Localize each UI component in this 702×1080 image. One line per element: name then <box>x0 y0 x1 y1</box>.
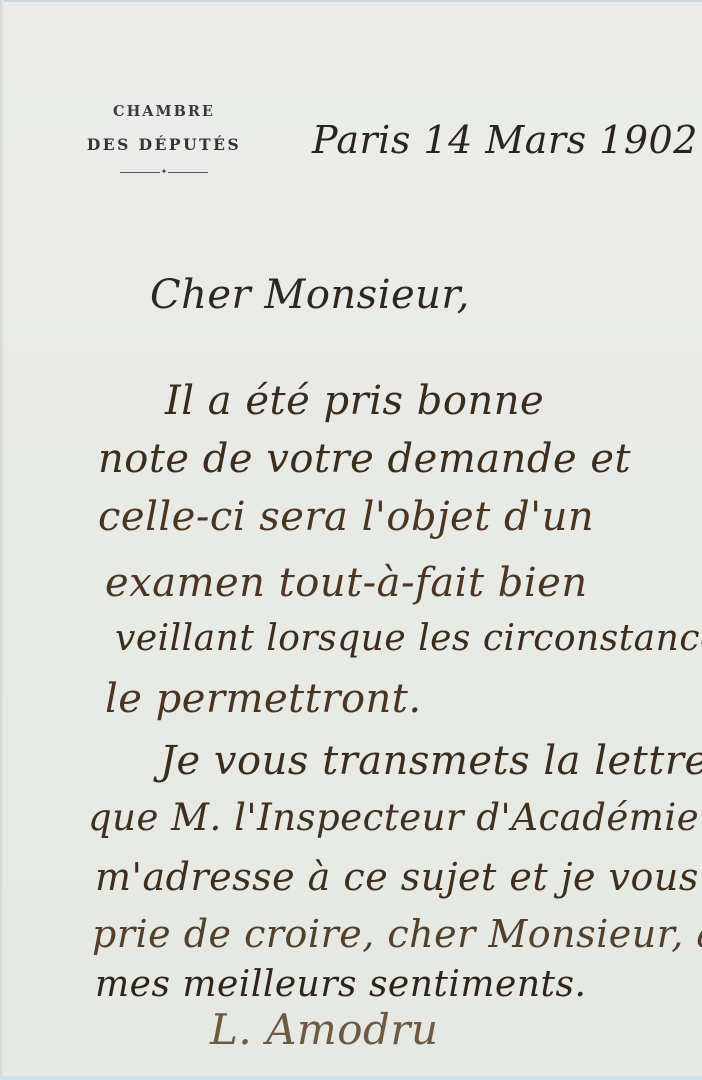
letter-signature: L. Amodru <box>210 1005 439 1054</box>
letter-line: Je vous transmets la lettre <box>160 738 702 784</box>
letter-sheet: CHAMBRE DES DÉPUTÉS ✦ Paris 14 Mars 1902… <box>0 0 702 1080</box>
letter-line: examen tout-à-fait bien <box>105 560 588 606</box>
paper-left-edge <box>0 0 4 1080</box>
letterhead-divider: ✦ <box>120 172 208 173</box>
letter-line: celle-ci sera l'objet d'un <box>98 494 594 540</box>
letter-line: Il a été pris bonne <box>165 378 544 424</box>
letter-line: m'adresse à ce sujet et je vous <box>95 855 699 899</box>
letter-line: note de votre demande et <box>98 436 631 482</box>
letter-line: mes meilleurs sentiments. <box>95 964 586 1005</box>
letterhead-des-deputes: DES DÉPUTÉS <box>58 130 270 160</box>
letter-date: Paris 14 Mars 1902 <box>312 118 698 162</box>
paper-bottom-edge <box>0 1076 702 1080</box>
ornament-icon: ✦ <box>160 168 168 176</box>
letter-line: prie de croire, cher Monsieur, à <box>92 912 702 956</box>
letter-line: veillant lorsque les circonstances <box>115 618 702 659</box>
letterhead: CHAMBRE DES DÉPUTÉS ✦ <box>58 100 270 173</box>
letterhead-chambre: CHAMBRE <box>58 100 270 124</box>
letter-salutation: Cher Monsieur, <box>150 272 470 318</box>
letter-line: que M. l'Inspecteur d'Académie <box>88 796 699 839</box>
letter-line: le permettront. <box>105 676 422 722</box>
paper-top-edge <box>0 0 702 2</box>
